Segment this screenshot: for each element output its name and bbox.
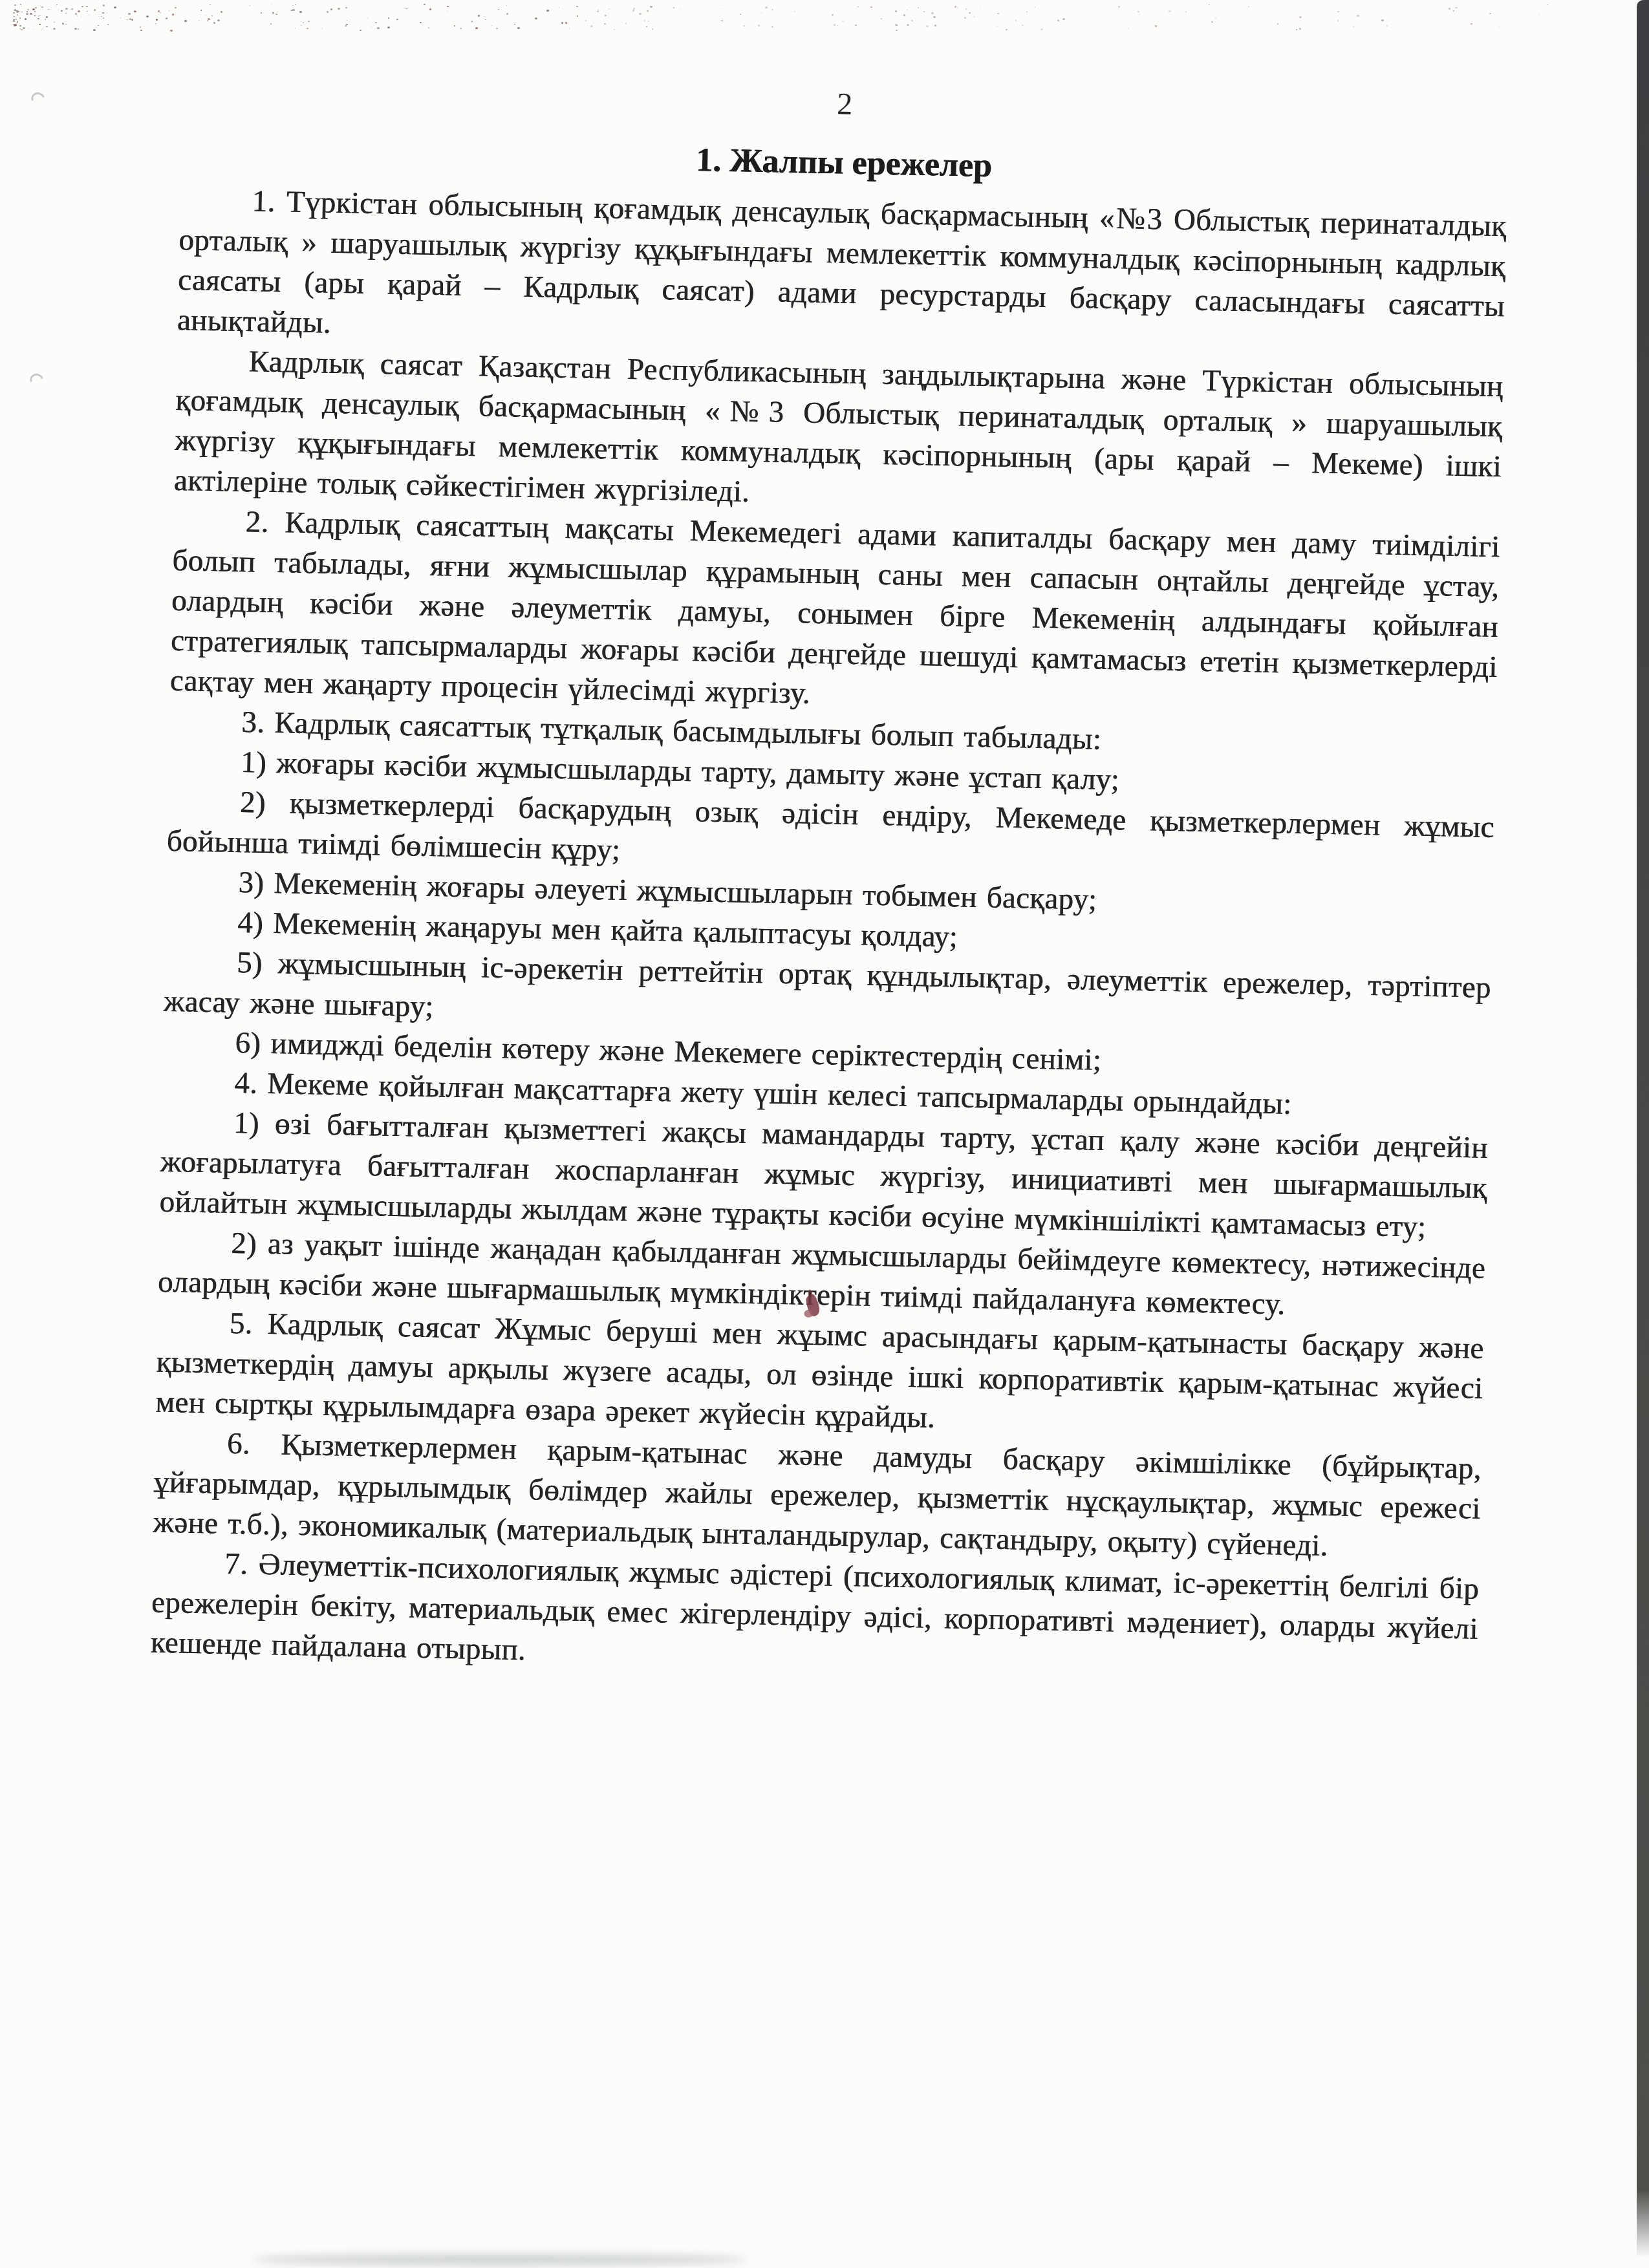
paragraph: Кадрлық саясат Қазақстан Республикасының… [173,340,1503,527]
paragraph: 1. Түркістан облысының қоғамдық денсаулы… [177,180,1507,367]
scanner-edge-strip [1637,0,1649,2258]
document-page: 2 1. Жалпы ережелер 1. Түркістан облысын… [0,0,1649,2268]
paragraph: 2. Кадрлық саясаттың мақсаты Мекемедегі … [169,500,1500,727]
scanned-text-block: 2 1. Жалпы ережелер 1. Түркістан облысын… [0,0,1649,1692]
document-body: 1. Түркістан облысының қоғамдық денсаулы… [150,180,1507,1689]
bottom-smudge [251,2254,749,2265]
page-number: 2 [181,71,1509,138]
paragraph: 7. Әлеуметтік-психологиялық жұмыс әдісте… [150,1543,1479,1689]
